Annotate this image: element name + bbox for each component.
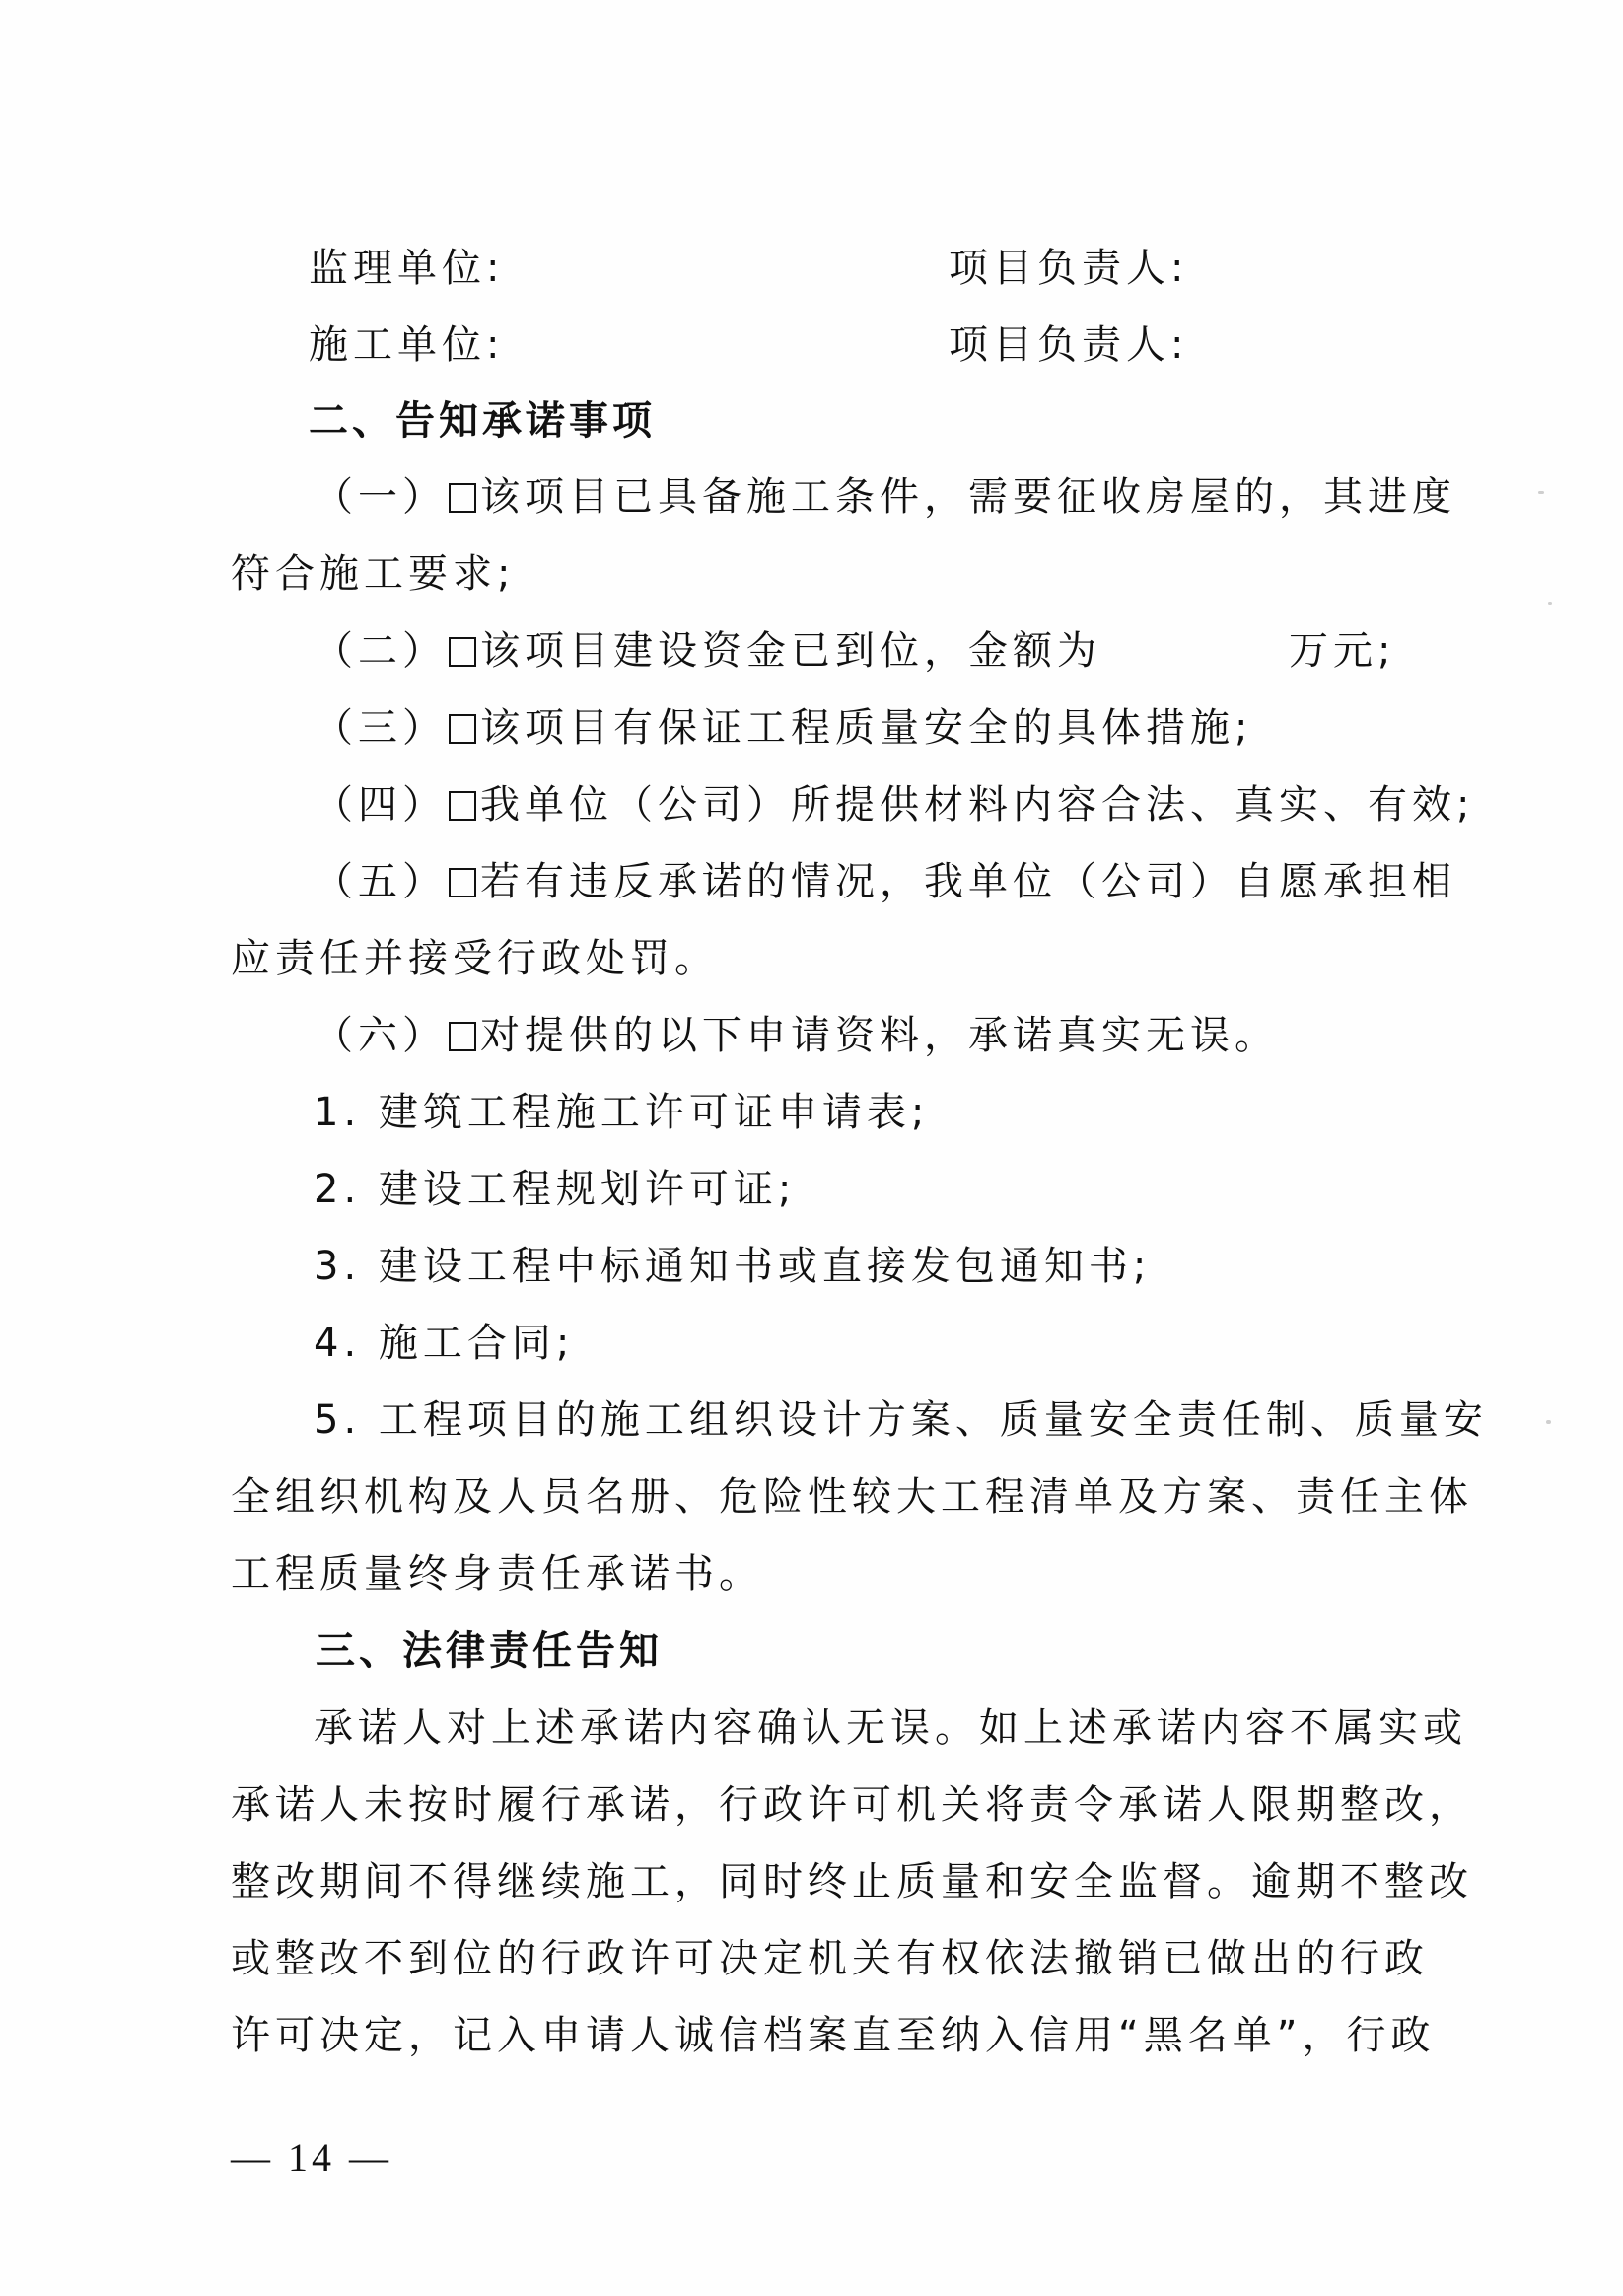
page-number: — 14 — [231,2134,392,2182]
item-text: 该项目已具备施工条件，需要征收房屋的，其进度 [480,474,1456,520]
commitment-item-2: （二）该项目建设资金已到位，金额为万元; [314,627,1395,675]
item-marker: （一） [314,474,447,520]
construction-manager-label: 项目负责人: [949,322,1188,369]
material-item-1: 1. 建筑工程施工许可证申请表; [314,1089,929,1136]
commitment-item-5: （五）若有违反承诺的情况，我单位（公司）自愿承担相 [314,858,1456,905]
item-marker: （五） [314,859,447,904]
item-marker: （四） [314,782,447,827]
material-item-2: 2. 建设工程规划许可证; [314,1166,796,1213]
item-text: 若有违反承诺的情况，我单位（公司）自愿承担相 [480,859,1456,904]
checkbox-item-5[interactable] [449,868,476,897]
supervision-unit-label: 监理单位: [309,245,504,292]
material-item-5-cont-2: 工程质量终身责任承诺书。 [231,1550,763,1598]
checkbox-item-4[interactable] [449,791,476,821]
material-item-5: 5. 工程项目的施工组织设计方案、质量安全责任制、质量安 [314,1397,1488,1444]
item-text: 该项目建设资金已到位，金额为 [480,628,1101,674]
material-item-4: 4. 施工合同; [314,1320,574,1367]
checkbox-item-2[interactable] [449,637,476,667]
section-heading-legal-liability: 三、法律责任告知 [316,1627,663,1675]
scan-speck [1546,1420,1551,1424]
legal-paragraph-line-4: 或整改不到位的行政许可决定机关有权依法撤销已做出的行政 [231,1935,1429,1982]
item-text: 该项目有保证工程质量安全的具体措施; [480,705,1252,751]
legal-paragraph-line-1: 承诺人对上述承诺内容确认无误。如上述承诺内容不属实或 [314,1704,1467,1752]
item-marker: （二） [314,628,447,674]
legal-paragraph-line-5: 许可决定，记入申请人诚信档案直至纳入信用“黑名单”，行政 [231,2012,1435,2059]
supervision-manager-label: 项目负责人: [949,245,1188,292]
commitment-item-6: （六）对提供的以下申请资料，承诺真实无误。 [314,1012,1279,1059]
amount-unit: 万元; [1289,628,1395,674]
material-item-5-cont-1: 全组织机构及人员名册、危险性较大工程清单及方案、责任主体 [231,1473,1473,1521]
checkbox-item-3[interactable] [449,714,476,744]
item-marker: （六） [314,1013,447,1058]
construction-unit-label: 施工单位: [309,322,504,369]
section-heading-commitments: 二、告知承诺事项 [309,397,656,445]
scan-speck [1538,491,1544,494]
item-marker: （三） [314,705,447,751]
commitment-item-4: （四）我单位（公司）所提供材料内容合法、真实、有效; [314,781,1474,828]
commitment-item-1: （一）该项目已具备施工条件，需要征收房屋的，其进度 [314,473,1456,521]
commitment-item-1-cont: 符合施工要求; [231,550,515,598]
checkbox-item-1[interactable] [449,483,476,513]
checkbox-item-6[interactable] [449,1022,476,1051]
item-text: 我单位（公司）所提供材料内容合法、真实、有效; [480,782,1474,827]
commitment-item-3: （三）该项目有保证工程质量安全的具体措施; [314,704,1252,752]
scan-speck [1548,602,1552,605]
document-page: 监理单位: 项目负责人: 施工单位: 项目负责人: 二、告知承诺事项 （一）该项… [0,0,1623,2296]
material-item-3: 3. 建设工程中标通知书或直接发包通知书; [314,1243,1151,1290]
legal-paragraph-line-3: 整改期间不得继续施工，同时终止质量和安全监督。逾期不整改 [231,1858,1473,1905]
legal-paragraph-line-2: 承诺人未按时履行承诺，行政许可机关将责令承诺人限期整改， [231,1781,1473,1829]
item-text: 对提供的以下申请资料，承诺真实无误。 [480,1013,1279,1058]
commitment-item-5-cont: 应责任并接受行政处罚。 [231,935,719,982]
